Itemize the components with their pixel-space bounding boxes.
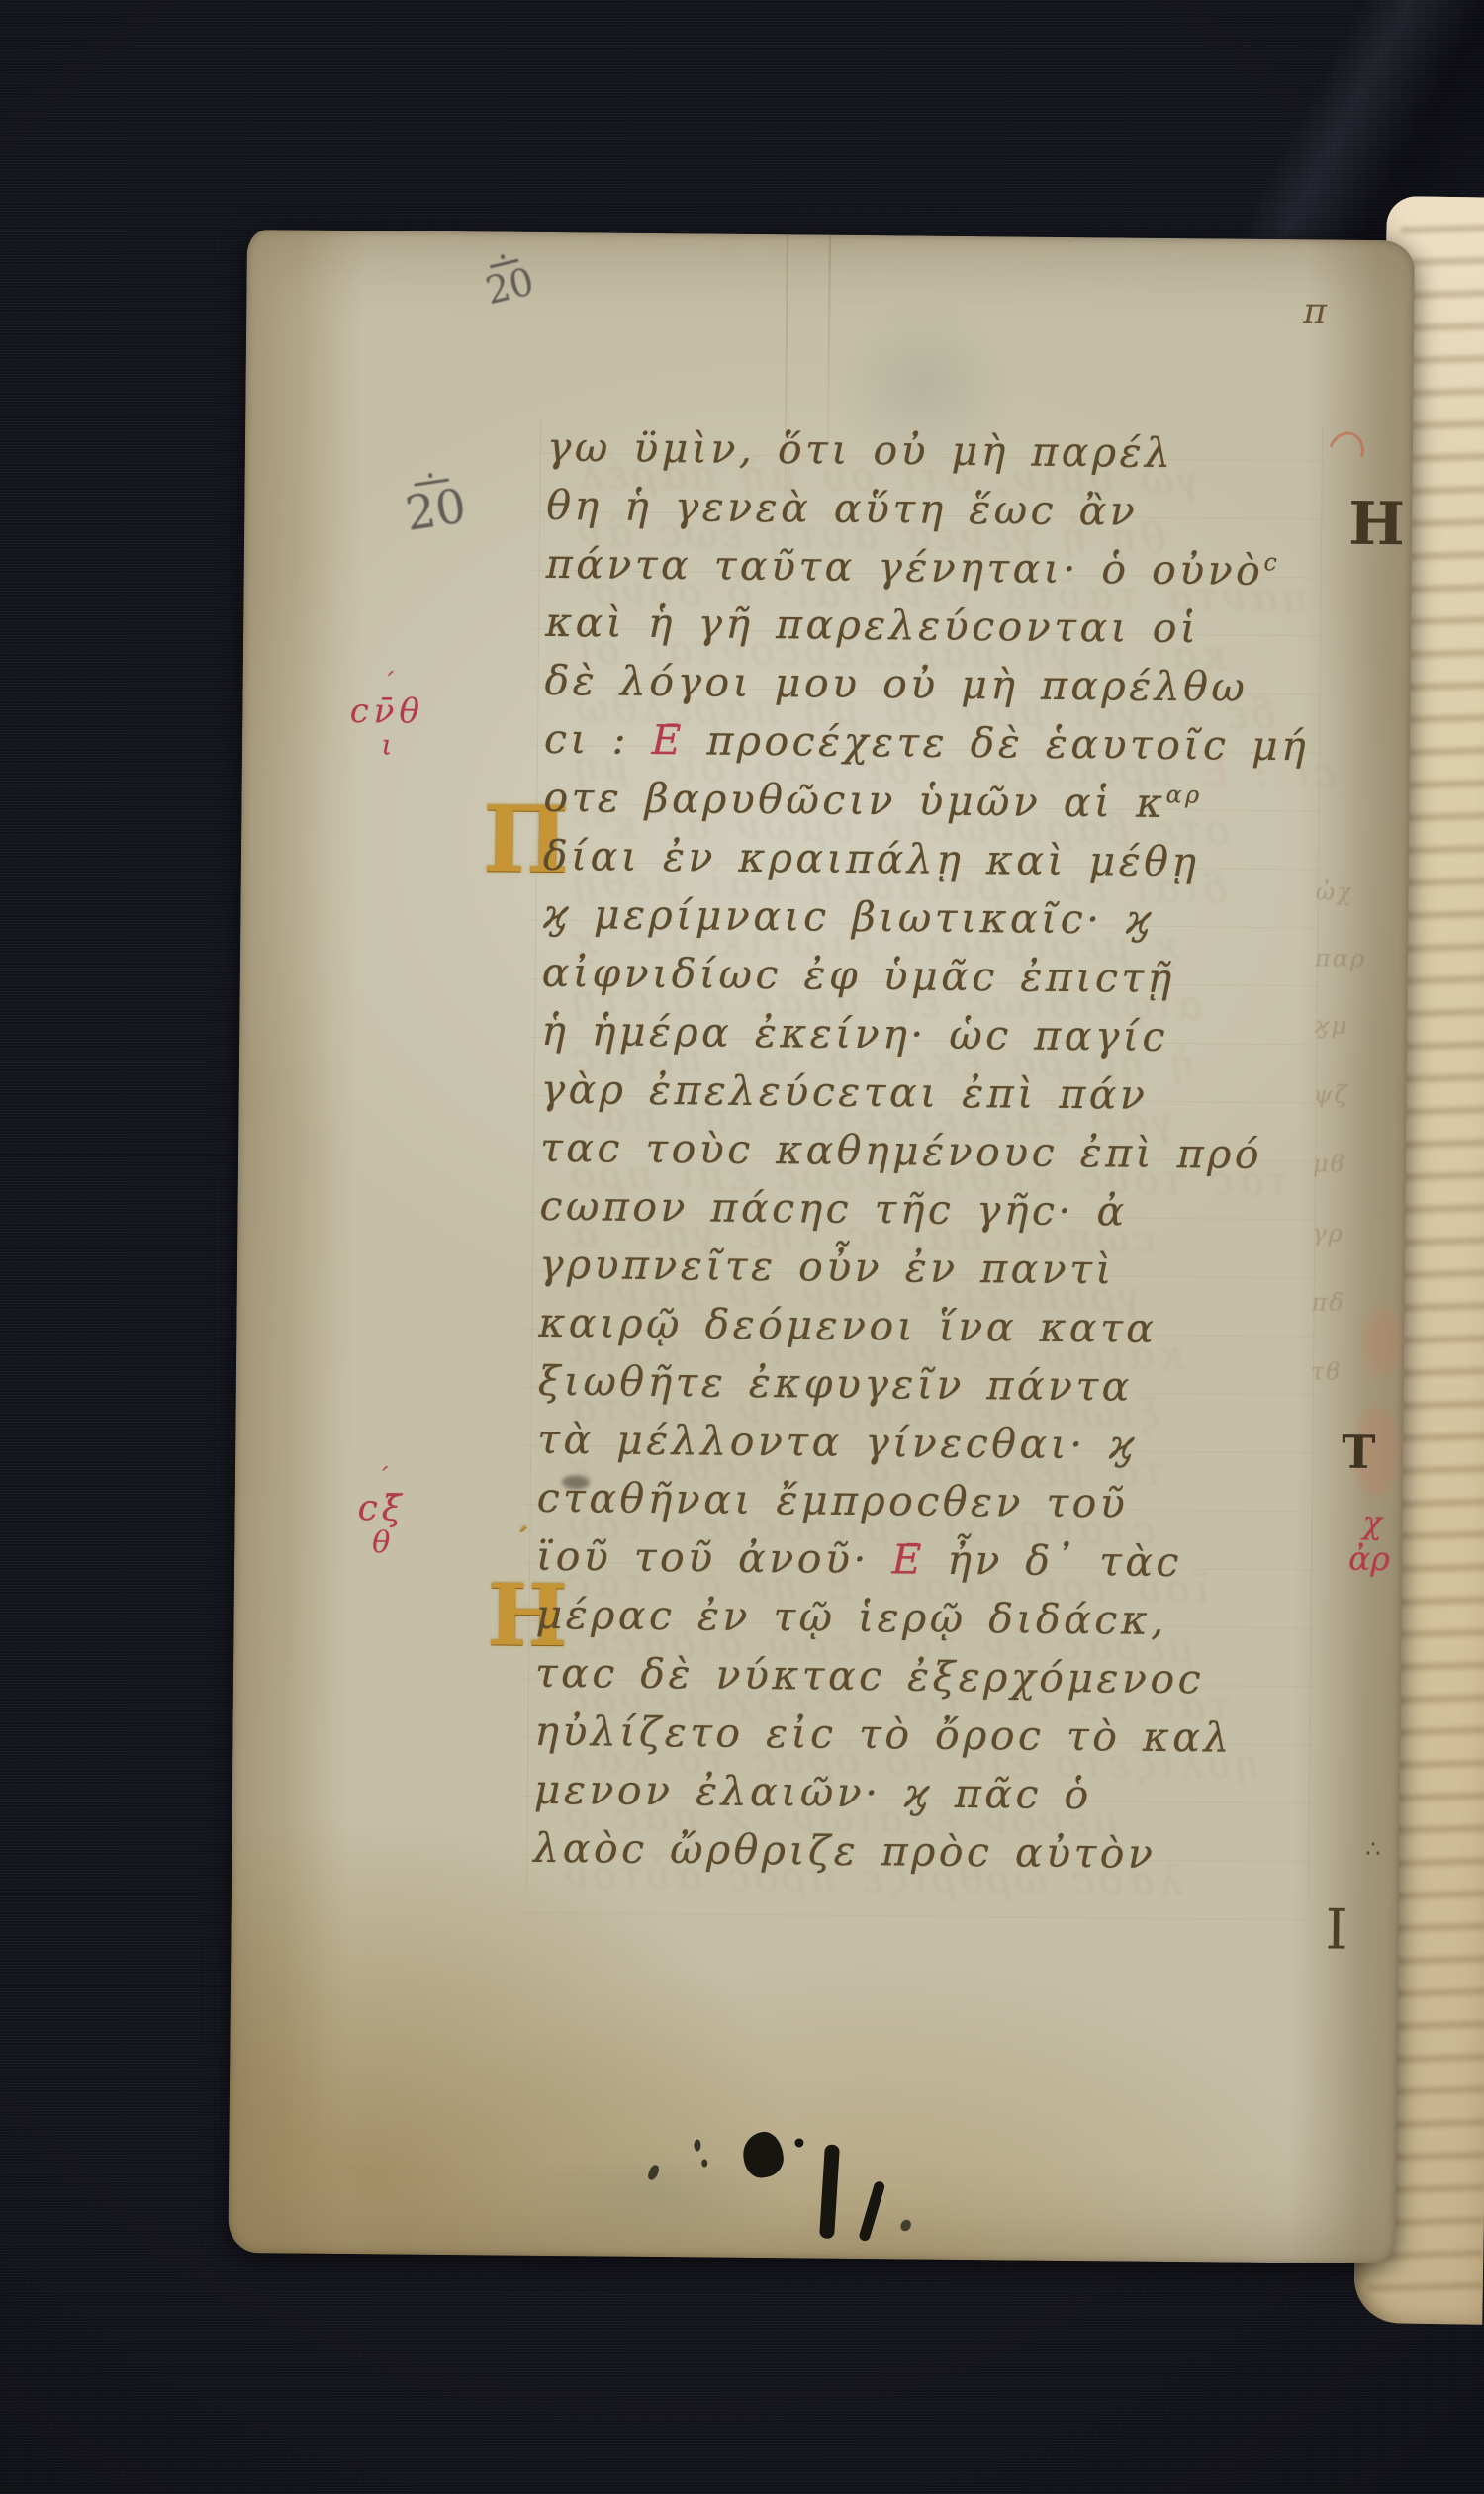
text-segment: μενον ἐλαιῶν· ϗ πᾶϲ ὁ (534, 1766, 1092, 1818)
text-segment: Ε̄ (891, 1535, 947, 1584)
text-segment: ϲι : (544, 715, 652, 764)
ink-blot (647, 2164, 661, 2181)
text-line: θη ἡ γενεὰ αὕτη ἕωϲ ἂν (546, 482, 1138, 535)
text-line: ϲταθῆναι ἔμπροϲθεν τοῦ (536, 1474, 1128, 1527)
text-line: καιρῷ δεόμενοι ἵνα κατα (538, 1299, 1158, 1352)
text-line: μέραϲ ἐν τῷ ἱερῷ διδάϲκ, (535, 1591, 1167, 1644)
ink-blot (701, 2159, 707, 2167)
ink-blot (741, 2130, 787, 2180)
text-segment: καιρῷ δεόμενοι ἵνα κατα (538, 1299, 1158, 1352)
parchment-leaf: 20 20 π ΄ ϲν̄θ ι ΄ ϲξ̄ θ Π ˊ Η Η Τ χ ἀρ … (228, 230, 1415, 2263)
ammonian-section-1: ΄ ϲν̄θ ι (339, 670, 435, 760)
show-through-glyph: ψζ (1314, 1080, 1403, 1109)
text-segment: ἦν δ᾽ τὰϲ (947, 1536, 1182, 1586)
section-number: ϲν̄θ (339, 694, 434, 731)
show-through-glyph: ὠχ (1315, 878, 1404, 906)
ink-stroke (819, 2144, 840, 2239)
text-line: δίαι ἐν κραιπάλῃ καὶ μέθῃ (543, 832, 1200, 885)
show-through-glyph: παρ (1315, 944, 1404, 972)
text-line: ϊοῦ τοῦ ἀνοῦ· Ε̄ ἦν δ᾽ τὰϲ (536, 1532, 1182, 1586)
show-through-glyph: μϐ (1313, 1150, 1402, 1178)
pi-quire-mark: π (1303, 291, 1327, 331)
text-segment: ϗ μερίμναιϲ βιωτικαῖϲ· ϗ (542, 890, 1154, 944)
text-line: γρυπνεῖτε οὖν ἐν παντὶ (539, 1241, 1115, 1294)
text-segment: γω ϋμὶν, ὅτι οὐ μὴ παρέλ (547, 423, 1174, 477)
ink-stroke (858, 2180, 885, 2243)
text-segment: γρυπνεῖτε οὖν ἐν παντὶ (539, 1241, 1115, 1294)
text-line: γὰρ ἐπελεύϲεται ἐπὶ πάν (540, 1065, 1148, 1119)
canon-number: θ (333, 1527, 428, 1559)
text-line: οτε βαρυθῶϲιν ὑμῶν αἱ καρ (543, 774, 1203, 827)
text-line: ἡ ἡμέρα ἐκείνη· ὡϲ παγίϲ (541, 1007, 1168, 1061)
asterism-mark: ∴ (1365, 1835, 1381, 1863)
canon-number: ι (339, 730, 434, 760)
text-line: ταϲ δὲ νύκταϲ ἐξερχόμενοϲ (535, 1649, 1205, 1703)
text-line: καὶ ἡ γῆ παρελεύϲονται οἱ (545, 599, 1200, 652)
text-segment: ταϲ δὲ νύκταϲ ἐξερχόμενοϲ (535, 1649, 1205, 1703)
text-segment: δίαι ἐν κραιπάλῃ καὶ μέθῃ (543, 832, 1200, 885)
ammonian-section-2: ΄ ϲξ̄ θ (333, 1465, 429, 1559)
text-line: ϲι : Ε̄ προϲέχετε δὲ ἑαυτοῖϲ μή (544, 715, 1310, 770)
section-number: ϲξ̄ (333, 1490, 428, 1528)
lection-chi-mark: χ (1362, 1507, 1382, 1540)
show-through-glyph: τϐ (1311, 1357, 1400, 1386)
text-segment: ϲταθῆναι ἔμπροϲθεν τοῦ (536, 1474, 1128, 1527)
ink-blot (898, 2218, 913, 2233)
text-segment: λαὸϲ ὤρθριζε πρὸϲ αὐτὸν (533, 1824, 1157, 1878)
text-segment: οτε βαρυθῶϲιν ὑμῶν αἱ κ (543, 774, 1166, 827)
lection-arche-mark: ἀρ (1348, 1542, 1390, 1577)
text-segment: μέραϲ ἐν τῷ ἱερῷ διδάϲκ, (535, 1591, 1167, 1644)
text-line: ϲωπον πάϲηϲ τῆϲ γῆϲ· ἀ (539, 1182, 1128, 1236)
text-segment: προϲέχετε δὲ ἑαυτοῖϲ μή (706, 716, 1309, 770)
text-segment: αἰφνιδίωϲ ἐφ ὑμᾶϲ ἐπιϲτῇ (542, 949, 1175, 1002)
text-line: μενον ἐλαιῶν· ϗ πᾶϲ ὁ (534, 1766, 1092, 1818)
ink-blot (794, 2138, 803, 2147)
section-accent: ΄ (334, 1465, 429, 1491)
text-segment: δὲ λόγοι μου οὐ μὴ παρέλθω (544, 657, 1248, 711)
pencil-dot (428, 473, 433, 479)
text-line: πάντα ταῦτα γένηται· ὁ οὐνὸϲ (546, 540, 1281, 595)
text-line: ταϲ τοὺϲ καθημένουϲ ἐπὶ πρό (540, 1124, 1262, 1178)
text-segment: αρ (1166, 781, 1203, 808)
text-segment: καὶ ἡ γῆ παρελεύϲονται οἱ (545, 599, 1200, 652)
text-line: δὲ λόγοι μου οὐ μὴ παρέλθω (544, 657, 1248, 711)
text-line: τὰ μέλλοντα γίνεϲθαι· ϗ (537, 1416, 1138, 1469)
text-line: αἰφνιδίωϲ ἐφ ὑμᾶϲ ἐπιϲτῇ (542, 949, 1175, 1002)
text-segment: ϲ (1263, 548, 1280, 576)
show-through-glyph: γρ (1312, 1219, 1401, 1247)
end-iota-mark: Ι (1325, 1898, 1347, 1963)
text-segment: τὰ μέλλοντα γίνεϲθαι· ϗ (537, 1416, 1138, 1469)
text-line: γω ϋμὶν, ὅτι οὐ μὴ παρέλ (547, 423, 1174, 477)
text-segment: ηὐλίζετο εἰϲ τὸ ὄροϲ τὸ καλ (534, 1708, 1233, 1762)
pencil-quire-text: 20 (402, 479, 470, 542)
pencil-quire-number: 20 (391, 467, 478, 539)
show-through-glyph: ϗμ (1314, 1011, 1403, 1040)
ink-blot (694, 2139, 700, 2151)
pencil-folio-text: 20 (482, 259, 538, 313)
show-through-glyph: πδ (1312, 1288, 1401, 1317)
text-segment: ἡ ἡμέρα ἐκείνη· ὡϲ παγίϲ (541, 1007, 1168, 1061)
decorative-curl (1330, 427, 1370, 458)
text-line: ηὐλίζετο εἰϲ τὸ ὄροϲ τὸ καλ (534, 1708, 1233, 1762)
text-line: ξιωθῆτε ἐκφυγεῖν πάντα (538, 1357, 1133, 1411)
text-segment: ταϲ τοὺϲ καθημένουϲ ἐπὶ πρό (540, 1124, 1262, 1178)
text-segment: ϲωπον πάϲηϲ τῆϲ γῆϲ· ἀ (539, 1182, 1128, 1236)
text-segment: θη ἡ γενεὰ αὕτη ἕωϲ ἂν (546, 482, 1138, 535)
text-segment: ξιωθῆτε ἐκφυγεῖν πάντα (538, 1357, 1133, 1411)
pencil-folio-number: 20 (471, 247, 544, 312)
margin-capital-eta: Η (1348, 490, 1405, 560)
gold-tick: ˊ (515, 1524, 528, 1554)
text-segment: γὰρ ἐπελεύϲεται ἐπὶ πάν (540, 1065, 1148, 1119)
margin-tau-mark: Τ (1342, 1426, 1376, 1479)
text-line: λαὸϲ ὤρθριζε πρὸϲ αὐτὸν (533, 1824, 1157, 1878)
text-segment: πάντα ταῦτα γένηται· ὁ οὐνὸ (546, 540, 1264, 595)
text-segment: Ε̄ (651, 716, 706, 765)
text-line: ϗ μερίμναιϲ βιωτικαῖϲ· ϗ (542, 890, 1154, 944)
text-segment: ϊοῦ τοῦ ἀνοῦ· (536, 1532, 892, 1583)
pencil-dot (501, 254, 506, 260)
manuscript-photo: 20 20 π ΄ ϲν̄θ ι ΄ ϲξ̄ θ Π ˊ Η Η Τ χ ἀρ … (0, 0, 1484, 2494)
